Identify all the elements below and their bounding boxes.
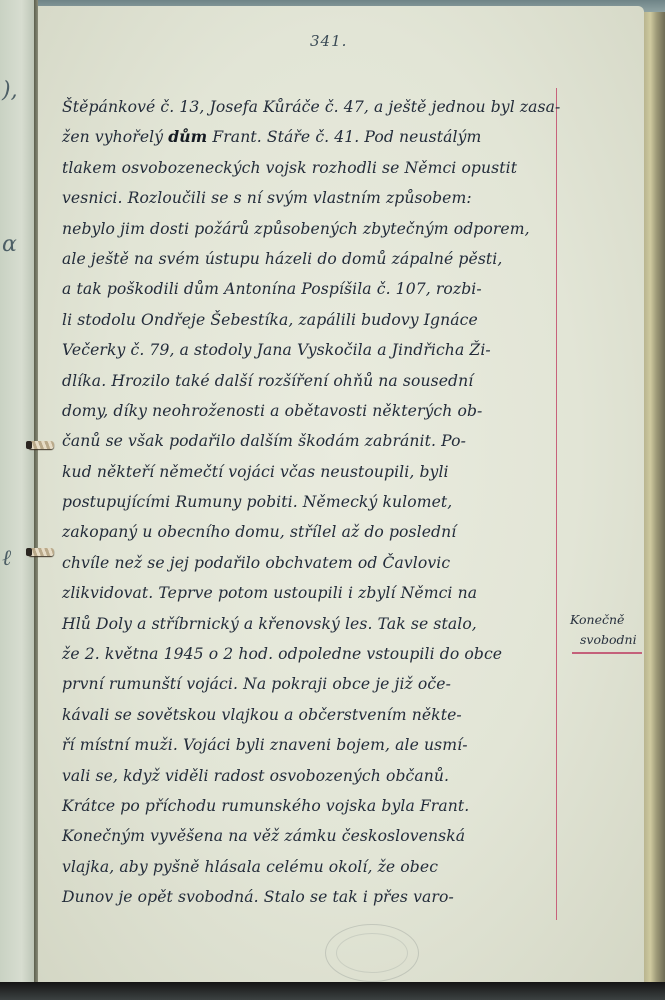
text-line: kávali se sovětskou vlajkou a občerstven…: [62, 700, 556, 730]
book-bottom-shadow: [0, 982, 665, 1000]
text-line: tlakem osvobozeneckých vojsk rozhodli se…: [62, 153, 556, 183]
text-line: Hlů Doly a stříbrnický a křenovský les. …: [62, 609, 556, 639]
text-line-content: žen vyhořelý dům Frant. Stáře č. 41. Pod…: [62, 128, 481, 146]
handwritten-text-body: Štěpánkové č. 13, Josefa Kůráče č. 47, a…: [62, 92, 556, 913]
text-line: nebylo jim dosti požárů způsobených zbyt…: [62, 214, 556, 244]
page-stack-edge: [644, 12, 665, 982]
binding-thread-icon: [28, 441, 54, 449]
text-line: postupujícími Rumuny pobiti. Německý kul…: [62, 487, 556, 517]
text-line: žen vyhořelý dům Frant. Stáře č. 41. Pod…: [62, 122, 556, 152]
text-line: a tak poškodili dům Antonína Pospíšila č…: [62, 274, 556, 304]
text-line: Dunov je opět svobodná. Stalo se tak i p…: [62, 882, 556, 912]
text-line: první rumunští vojáci. Na pokraji obce j…: [62, 669, 556, 699]
text-line: zlikvidovat. Teprve potom ustoupili i zb…: [62, 578, 556, 608]
text-line: dlíka. Hrozilo také další rozšíření ohňů…: [62, 366, 556, 396]
text-line: Konečným vyvěšena na věž zámku českoslov…: [62, 821, 556, 851]
text-line: že 2. května 1945 o 2 hod. odpoledne vst…: [62, 639, 556, 669]
text-line: ale ještě na svém ústupu házeli do domů …: [62, 244, 556, 274]
margin-note: Konečně svobodni: [566, 610, 646, 650]
text-line: Večerky č. 79, a stodoly Jana Vyskočila …: [62, 335, 556, 365]
margin-rule: [556, 88, 557, 920]
text-line: li stodolu Ondřeje Šebestíka, zapálili b…: [62, 305, 556, 335]
page-number: 341.: [310, 32, 347, 50]
text-line: zakopaný u obecního domu, střílel až do …: [62, 517, 556, 547]
text-line: Štěpánkové č. 13, Josefa Kůráče č. 47, a…: [62, 92, 556, 122]
text-line: čanů se však podařilo dalším škodám zabr…: [62, 426, 556, 456]
margin-note-underline: [572, 652, 642, 654]
margin-note-line: Konečně: [566, 610, 646, 630]
text-line: chvíle než se jej podařilo obchvatem od …: [62, 548, 556, 578]
left-page-ink-fragment: ℓ: [2, 545, 11, 571]
binding-thread-icon: [28, 548, 54, 556]
text-line: vlajka, aby pyšně hlásala celému okolí, …: [62, 852, 556, 882]
text-line: Krátce po příchodu rumunského vojska byl…: [62, 791, 556, 821]
emphasized-word: dům: [168, 127, 207, 146]
text-line: ří místní muži. Vojáci byli znaveni boje…: [62, 730, 556, 760]
left-page-ink-fragment: ),: [2, 78, 18, 103]
text-line: vesnici. Rozloučili se s ní svým vlastní…: [62, 183, 556, 213]
left-page-ink-fragment: ɑ: [2, 232, 17, 257]
faded-stamp-icon: [325, 924, 419, 982]
text-line: kud někteří němečtí vojáci včas neustoup…: [62, 457, 556, 487]
left-facing-page: ), ɑ ℓ: [0, 0, 36, 985]
margin-note-line: svobodni: [566, 630, 646, 650]
text-line: vali se, když viděli radost osvobozených…: [62, 761, 556, 791]
text-line: domy, díky neohroženosti a obětavosti ně…: [62, 396, 556, 426]
